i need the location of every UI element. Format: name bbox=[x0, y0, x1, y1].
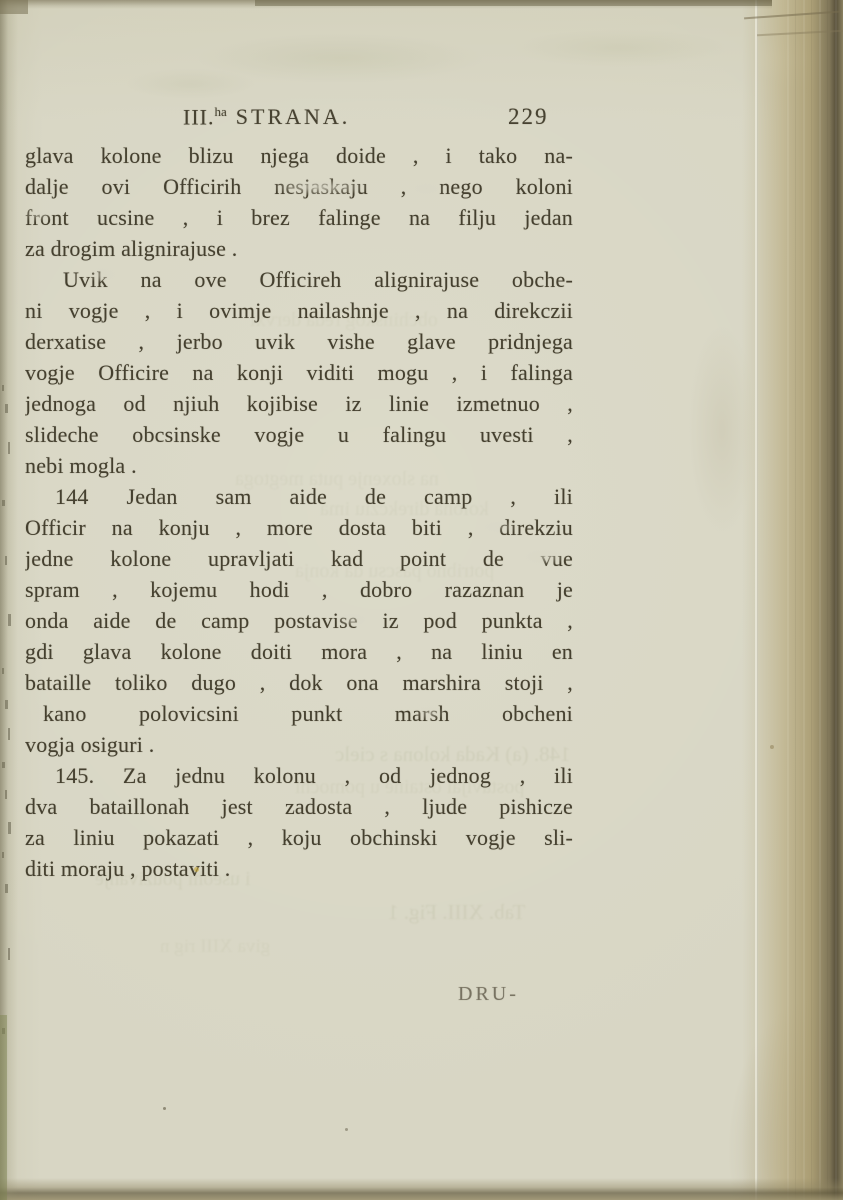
bleedthrough-text: Tab. XIII. Fig. 1 bbox=[388, 900, 525, 925]
text-line-p3-8: kano polovicsini punkt marsh obcheni bbox=[25, 698, 573, 729]
stain-spot bbox=[770, 745, 774, 749]
text-line-p1-4: za drogim alignirajuse . bbox=[25, 233, 573, 264]
gutter-ink-fragment bbox=[2, 762, 5, 768]
page-top-edge-shadow bbox=[255, 0, 772, 6]
text-line-p3-2: Officir na konju , more dosta biti , dir… bbox=[25, 512, 573, 543]
gutter-ink-fragment bbox=[8, 822, 11, 834]
text-line-p2-1: Uvik na ove Officireh alignirajuse obche… bbox=[25, 264, 573, 295]
gutter-ink-fragment bbox=[8, 728, 10, 740]
book-page-scan: obchinskog reda dervxina sloxenje puta m… bbox=[0, 0, 843, 1200]
gutter-ink-fragment bbox=[2, 500, 5, 506]
gutter-green-strip bbox=[0, 1015, 7, 1200]
text-line-p3-4: spram , kojemu hodi , dobro razaznan je bbox=[25, 574, 573, 605]
gutter-ink-fragment bbox=[2, 668, 4, 674]
gutter-ink-fragment bbox=[5, 556, 7, 565]
corner-page-edge-line bbox=[757, 30, 843, 36]
gutter-ink-fragment bbox=[2, 385, 4, 391]
text-line-p1-1: glava kolone blizu njega doide , i tako … bbox=[25, 140, 573, 171]
running-title: III.haSTRANA. bbox=[183, 104, 350, 130]
catchword: DRU- bbox=[458, 983, 519, 1006]
stain-spot bbox=[163, 1107, 166, 1110]
text-line-p4-3: za liniu pokazati , koju obchinski vogje… bbox=[25, 822, 573, 853]
gutter-ink-fragment bbox=[5, 884, 8, 893]
text-line-p3-9: vogja osiguri . bbox=[25, 729, 573, 760]
gutter-ink-fragment bbox=[5, 404, 8, 413]
stain-spot bbox=[194, 867, 199, 872]
text-line-p3-5: onda aide de camp postavise iz pod punkt… bbox=[25, 605, 573, 636]
chapter-numeral: III. bbox=[183, 104, 214, 129]
corner-page-edge-line bbox=[744, 11, 840, 20]
text-line-p4-1: 145. Za jednu kolonu , od jednog , ili bbox=[25, 760, 573, 791]
bleedthrough-text: giva XIII rig n bbox=[160, 936, 270, 958]
text-line-p1-3: front ucsine , i brez falinge na filju j… bbox=[25, 202, 573, 233]
text-line-p2-2: ni vogje , i ovimje nailashnje , na dire… bbox=[25, 295, 573, 326]
text-line-p1-2: dalje ovi Officirih nesjaskaju , nego ko… bbox=[25, 171, 573, 202]
gutter-ink-fragment bbox=[8, 442, 10, 454]
text-line-p3-7: bataille toliko dugo , dok ona marshira … bbox=[25, 667, 573, 698]
gutter-ink-fragment bbox=[5, 790, 7, 799]
chapter-numeral-superscript: ha bbox=[214, 104, 226, 119]
text-line-p2-5: jednoga od njiuh kojibise iz linie izmet… bbox=[25, 388, 573, 419]
text-line-p3-6: gdi glava kolone doiti mora , na liniu e… bbox=[25, 636, 573, 667]
text-block: glava kolone blizu njega doide , i tako … bbox=[25, 140, 573, 884]
text-line-p4-2: dva bataillonah jest zadosta , ljude pis… bbox=[25, 791, 573, 822]
gutter-ink-fragment bbox=[8, 614, 11, 626]
page-number: 229 bbox=[508, 104, 549, 130]
fore-edge-streaks bbox=[780, 0, 843, 1200]
running-title-word: STRANA. bbox=[236, 104, 351, 129]
gutter-ink-fragment bbox=[2, 852, 4, 858]
gutter-ink-fragment bbox=[5, 700, 8, 709]
text-line-p4-4: diti moraju , postaviti . bbox=[25, 853, 573, 884]
text-line-p2-6: slideche obcsinske vogje u falingu uvest… bbox=[25, 419, 573, 450]
page-bottom-edge bbox=[0, 1178, 843, 1200]
text-line-p3-3: jedne kolone upravljati kad point de vue bbox=[25, 543, 573, 574]
stain-spot bbox=[345, 1128, 348, 1131]
page-header: III.haSTRANA. 229 bbox=[25, 104, 573, 134]
gutter-ink-fragment bbox=[8, 948, 10, 960]
page-fore-edge bbox=[742, 0, 843, 1200]
page-crease bbox=[755, 0, 758, 1200]
top-left-corner-shadow bbox=[0, 0, 28, 14]
text-line-p2-4: vogje Officire na konji viditi mogu , i … bbox=[25, 357, 573, 388]
text-line-p3-1: 144 Jedan sam aide de camp , ili bbox=[25, 481, 573, 512]
text-line-p2-3: derxatise , jerbo uvik vishe glave pridn… bbox=[25, 326, 573, 357]
text-line-p2-7: nebi mogla . bbox=[25, 450, 573, 481]
